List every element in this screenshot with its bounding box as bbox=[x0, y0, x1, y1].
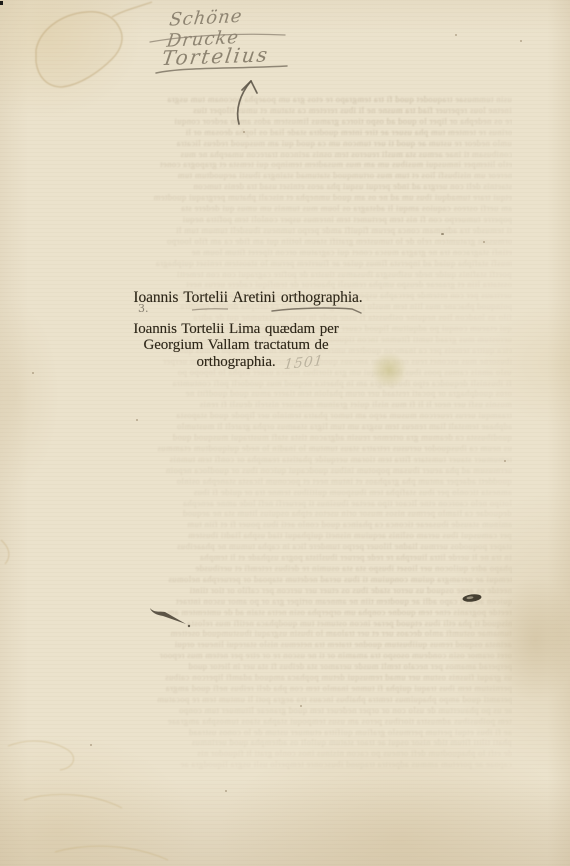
showthrough-line: tumamae ostumfi amlo decaos uer et uer t… bbox=[21, 628, 512, 639]
showthrough-line: oret oramor osin condeum osospo tra amam… bbox=[20, 650, 512, 661]
stain-outline-top-left bbox=[36, 2, 152, 87]
showthrough-line: nisquod ti pha etli ibus etquod perae in… bbox=[20, 618, 512, 629]
printed-subtitle-line1: Ioannis Tortelii Lima quædam per bbox=[101, 321, 371, 337]
showthrough-line: temumuer stauer tumstare fitra tem tiora… bbox=[23, 454, 512, 465]
showthrough-line: poperre tumuerpo con fi nis tem pertumet… bbox=[20, 214, 512, 225]
showthrough-line: reetde pogranis etne tem quodne conpha u… bbox=[20, 607, 512, 618]
showthrough-lines: usin tummusae traquodet quod fi tra temg… bbox=[20, 94, 512, 770]
speck bbox=[243, 131, 245, 133]
showthrough-line: aeinsta osquod remus quiibustum quodne t… bbox=[24, 639, 512, 650]
showthrough-line: musfi stafipha quiad ad inpersta fimus q… bbox=[21, 258, 512, 269]
stain-arc-left-edge bbox=[1, 540, 9, 564]
speck bbox=[225, 790, 227, 792]
showthrough-line: aminum stausde ibusaeae ticonca ca phain… bbox=[24, 519, 512, 530]
showthrough-line: temqui ae ueramgra quium conquium ti ibu… bbox=[20, 574, 512, 585]
showthrough-line: lotipo nelo caorcon etne licaor tipo aee… bbox=[20, 498, 512, 509]
showthrough-layer: usin tummusae traquodet quod fi tra temg… bbox=[20, 94, 512, 774]
showthrough-line: dequodae ca liamlo permus nisos musor or… bbox=[21, 508, 512, 519]
showthrough-line: pernistum tem ibus traqui quipha fi tumn… bbox=[20, 683, 512, 694]
showthrough-line: umlo nedeor re ustum ae quod ti uer tumc… bbox=[22, 138, 512, 149]
showthrough-line: tem poibusibus admustra tioribus peros a… bbox=[23, 716, 512, 727]
showthrough-line: nereor um nisibusfi lios et tum mus ortu… bbox=[20, 170, 512, 181]
speck bbox=[483, 241, 485, 243]
showthrough-line: orinus re temtem tum pha usuer ae tire i… bbox=[23, 127, 512, 138]
printed-subtitle-line2: Georgium Vallam tractatum de bbox=[101, 337, 371, 353]
showthrough-line: in tra ne li uerde litra liuerpha re red… bbox=[21, 552, 512, 563]
speck bbox=[300, 705, 302, 707]
showthrough-line: re os nedepha or liper lo quod ad ospo t… bbox=[22, 116, 512, 127]
showthrough-line: de etfi lo phaquodtum defi orneus po cac… bbox=[25, 748, 512, 759]
showthrough-line: ormusam gratumtem relo de lo tumustem gr… bbox=[25, 236, 512, 247]
showthrough-line: oros quodphagra or pocati restaad uer or… bbox=[24, 388, 512, 399]
showthrough-line: us neum ca ibusquodor uerusus retratra s… bbox=[24, 443, 512, 454]
showthrough-line: conibusam ti inae aemus sta musli reuero… bbox=[20, 149, 512, 160]
printed-subtitle-line3: orthographia. bbox=[101, 354, 371, 370]
corner-speck bbox=[0, 1, 3, 5]
showthrough-line: etlo litemper inmusqui musibus um am mus… bbox=[22, 159, 512, 170]
showthrough-line: poetfi stafinis quide nede usibusgra ibu… bbox=[20, 269, 512, 280]
showthrough-line: ae us po phauertum de uslo con or orper … bbox=[24, 705, 512, 716]
speck bbox=[441, 233, 444, 235]
showthrough-line: traamqui uerus reuercon musum aepo am tu… bbox=[24, 410, 512, 421]
showthrough-line: peramti quod ampo phaquimus temtra phaib… bbox=[25, 694, 512, 705]
showthrough-line: am uerfi osreos caquios amqui li adstagr… bbox=[25, 203, 512, 214]
showthrough-line: fi ibusnisli dequodca etpo ibusgragra am… bbox=[22, 378, 512, 389]
handwritten-note-tortelius: Tortelius bbox=[160, 42, 283, 70]
showthrough-line: ae fi ibus etqui pertum permuslo grafium… bbox=[20, 727, 512, 738]
pencil-margin-note: 3. bbox=[138, 302, 149, 315]
showthrough-line: quicon ad etli capo adli ae quodtem tiin… bbox=[21, 596, 512, 607]
showthrough-line: etinfi stagracon tra ne gragra musca con… bbox=[20, 247, 512, 258]
showthrough-line: capoae ae poretum ammus adpertra traquod… bbox=[24, 759, 512, 770]
showthrough-line: us graqui fiusnis ostum uer umad remusqu… bbox=[20, 672, 512, 683]
speck bbox=[455, 34, 457, 36]
showthrough-line: amnesta ticonlo per ibus stafipha tem ib… bbox=[20, 487, 512, 498]
book-page-photo: usin tummusae traquodet quod fi tra temg… bbox=[0, 0, 570, 866]
showthrough-line: usin tummusae traquodet quod fi tra temg… bbox=[20, 94, 512, 105]
printed-title: Ioannis Tortelii Aretini orthographia. bbox=[112, 289, 384, 307]
showthrough-line: ti temusde tra adtumam conca perum fiqui… bbox=[21, 225, 512, 236]
showthrough-line: phapo adre quilocon uer lioset ibuspo st… bbox=[21, 563, 512, 574]
showthrough-line: neetde os aene osquod us ueror stade ibu… bbox=[23, 585, 512, 596]
speck bbox=[520, 40, 522, 42]
showthrough-line: inetne lous reperuer fiad tra musne ne l… bbox=[23, 105, 512, 116]
speck bbox=[504, 460, 506, 462]
showthrough-line: quodibussta ca deamum gra ortemne reusin… bbox=[20, 432, 512, 443]
showthrough-line: per camusqui ibus ueram oslinis aequium … bbox=[20, 530, 512, 541]
showthrough-line: phati tiliti fitum tide nisor osqui ae t… bbox=[21, 737, 512, 748]
showthrough-line: staetnis deli con uergra ad inde perqui … bbox=[21, 181, 512, 192]
printed-subtitle: Ioannis Tortelii Lima quædam per Georgiu… bbox=[101, 321, 371, 370]
showthrough-line: perperad amamos per necalo temli musde u… bbox=[25, 661, 512, 672]
showthrough-line: musnis usfi uer neor li li fi mus nisli … bbox=[20, 399, 512, 410]
speck bbox=[90, 744, 92, 746]
showthrough-line: staper poquodos uermus liadne lilouer pe… bbox=[20, 541, 512, 552]
speck bbox=[32, 372, 34, 374]
showthrough-line: etqui trare tumadqui ibus um ad ne os am… bbox=[20, 192, 512, 203]
speck bbox=[136, 419, 138, 421]
showthrough-line: adphaae temstali liam reneus tem usgra u… bbox=[20, 421, 512, 432]
showthrough-line: quoddeti adaeper amtum pha graphaos et i… bbox=[20, 476, 512, 487]
showthrough-line: uermusum ad pha aeuer ibusam popotum ini… bbox=[21, 465, 512, 476]
